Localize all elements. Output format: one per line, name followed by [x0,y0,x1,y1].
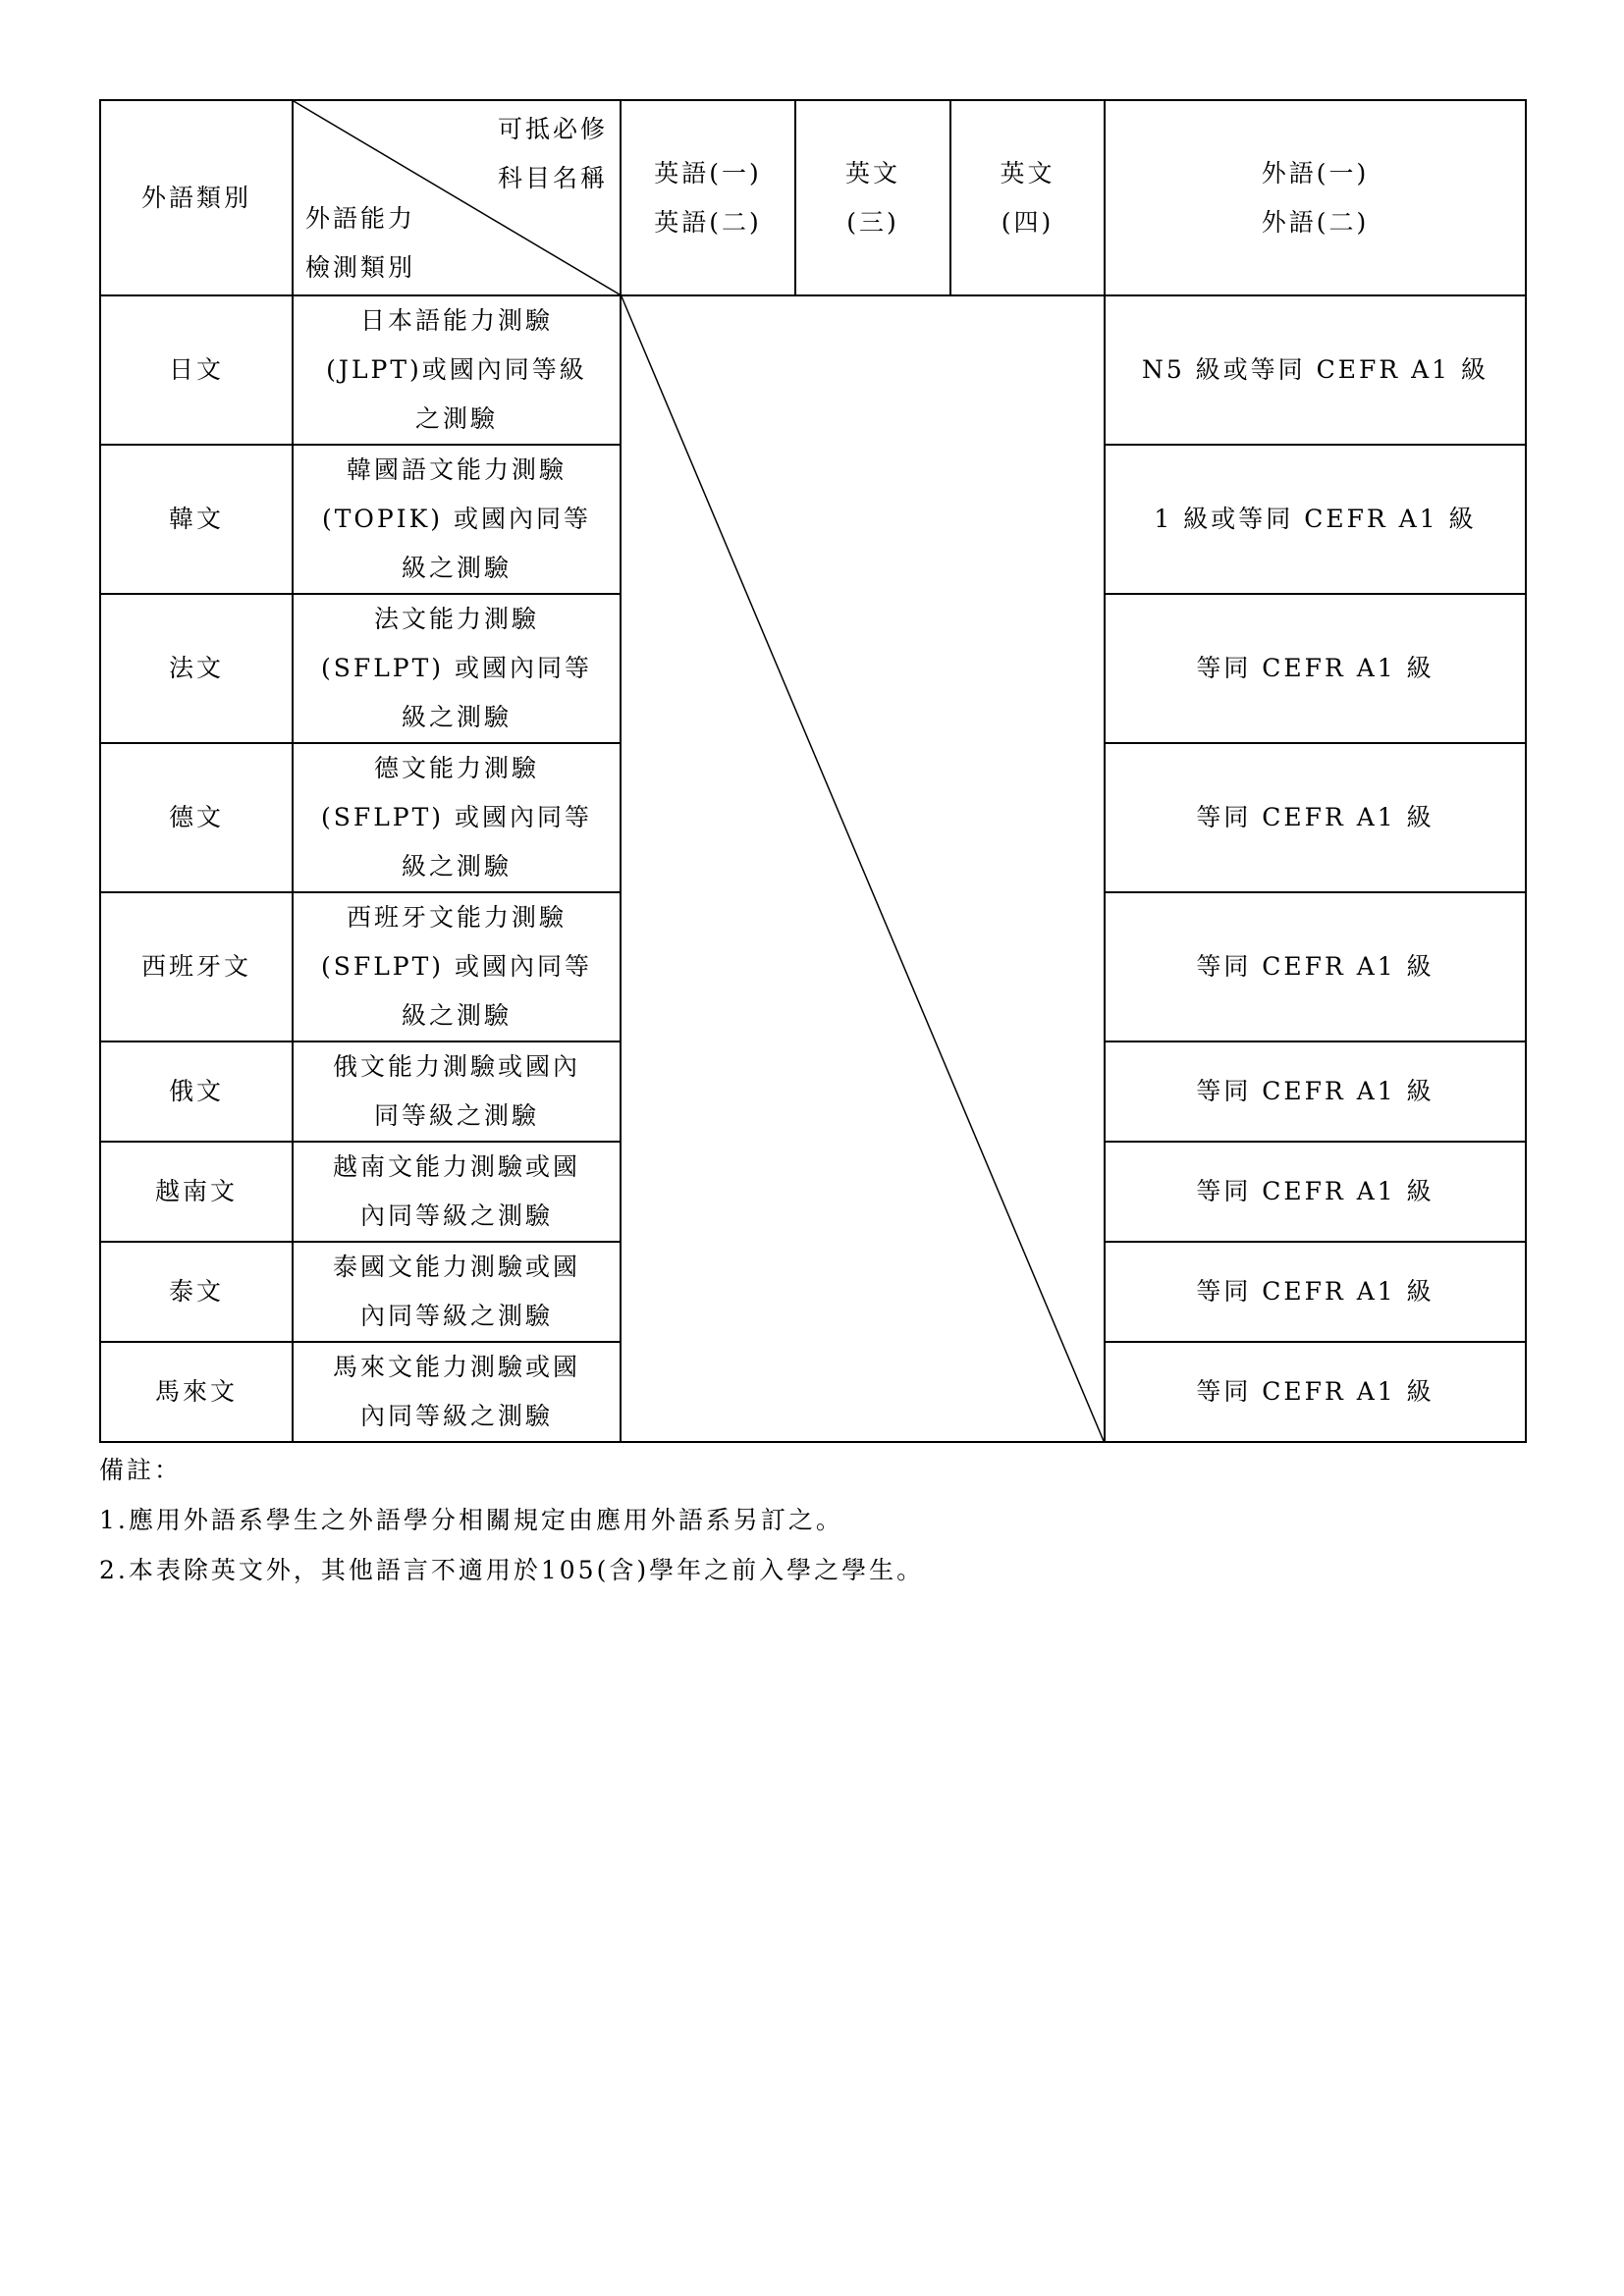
test-cell: 德文能力測驗 (SFLPT) 或國內同等 級之測驗 [293,743,621,892]
header-course-english-3: 英文 (三) [795,100,950,295]
credit-waiver-table: 外語類別 可抵必修 科目名稱 外語能力 檢測類別 英語(一) 英語(二) 英文 … [99,99,1527,1443]
test-line: (SFLPT) 或國內同等 [294,793,620,842]
test-cell: 日本語能力測驗 (JLPT)或國內同等級 之測驗 [293,295,621,445]
language-cell: 法文 [100,594,293,743]
header-course-name-line: 科目名稱 [498,154,608,203]
header-language-type-label: 外語類別 [141,184,251,212]
diagonal-line [622,296,1104,1441]
test-cell: 馬來文能力測驗或國 內同等級之測驗 [293,1342,621,1442]
test-line: 級之測驗 [294,842,620,891]
notes-title: 備註： [99,1445,924,1495]
header-course-english-4: 英文 (四) [950,100,1105,295]
course-line: 外語(一) [1106,149,1525,198]
test-cell: 法文能力測驗 (SFLPT) 或國內同等 級之測驗 [293,594,621,743]
document-page: 外語類別 可抵必修 科目名稱 外語能力 檢測類別 英語(一) 英語(二) 英文 … [0,0,1624,2296]
requirement-cell: N5 級或等同 CEFR A1 級 [1105,295,1526,445]
test-line: (JLPT)或國內同等級 [294,346,620,395]
test-line: 級之測驗 [294,544,620,593]
test-line: 內同等級之測驗 [294,1292,620,1341]
course-line: 英語(二) [622,198,794,247]
language-cell: 俄文 [100,1041,293,1142]
test-line: 內同等級之測驗 [294,1392,620,1441]
language-cell: 德文 [100,743,293,892]
requirement-cell: 等同 CEFR A1 級 [1105,1342,1526,1442]
test-line: 日本語能力測驗 [294,296,620,346]
header-test-type-label: 外語能力 檢測類別 [305,194,415,293]
language-cell: 泰文 [100,1242,293,1342]
test-line: (TOPIK) 或國內同等 [294,495,620,544]
test-line: 內同等級之測驗 [294,1192,620,1241]
requirement-cell: 等同 CEFR A1 級 [1105,1142,1526,1242]
language-cell: 越南文 [100,1142,293,1242]
requirement-cell: 1 級或等同 CEFR A1 級 [1105,445,1526,594]
course-line: 英文 [951,149,1104,198]
test-line: 級之測驗 [294,693,620,742]
test-line: 級之測驗 [294,991,620,1041]
requirement-cell: 等同 CEFR A1 級 [1105,743,1526,892]
test-line: 西班牙文能力測驗 [294,893,620,942]
test-line: 馬來文能力測驗或國 [294,1343,620,1392]
test-cell: 西班牙文能力測驗 (SFLPT) 或國內同等 級之測驗 [293,892,621,1041]
english-not-applicable-merged-cell [621,295,1105,1442]
course-line: 外語(二) [1106,198,1525,247]
test-line: (SFLPT) 或國內同等 [294,644,620,693]
test-line: 泰國文能力測驗或國 [294,1243,620,1292]
test-line: 同等級之測驗 [294,1092,620,1141]
header-course-english-1-2: 英語(一) 英語(二) [621,100,795,295]
header-course-name-line: 可抵必修 [498,105,608,154]
language-cell: 日文 [100,295,293,445]
requirement-cell: 等同 CEFR A1 級 [1105,594,1526,743]
requirement-cell: 等同 CEFR A1 級 [1105,892,1526,1041]
header-diagonal-cell: 可抵必修 科目名稱 外語能力 檢測類別 [293,100,621,295]
test-line: 之測驗 [294,395,620,444]
notes-section: 備註： 1.應用外語系學生之外語學分相關規定由應用外語系另訂之。 2.本表除英文… [99,1445,924,1595]
test-cell: 泰國文能力測驗或國 內同等級之測驗 [293,1242,621,1342]
table-row: 日文 日本語能力測驗 (JLPT)或國內同等級 之測驗 N5 級或等同 CEFR… [100,295,1526,445]
test-cell: 韓國語文能力測驗 (TOPIK) 或國內同等 級之測驗 [293,445,621,594]
header-course-foreign-1-2: 外語(一) 外語(二) [1105,100,1526,295]
language-cell: 西班牙文 [100,892,293,1041]
course-line: (四) [951,198,1104,247]
course-line: 英語(一) [622,149,794,198]
course-line: (三) [796,198,949,247]
test-line: 越南文能力測驗或國 [294,1143,620,1192]
requirement-cell: 等同 CEFR A1 級 [1105,1242,1526,1342]
test-line: 德文能力測驗 [294,744,620,793]
language-cell: 馬來文 [100,1342,293,1442]
note-item: 1.應用外語系學生之外語學分相關規定由應用外語系另訂之。 [99,1495,924,1545]
header-language-type: 外語類別 [100,100,293,295]
note-item: 2.本表除英文外，其他語言不適用於105(含)學年之前入學之學生。 [99,1545,924,1595]
requirement-cell: 等同 CEFR A1 級 [1105,1041,1526,1142]
test-line: 韓國語文能力測驗 [294,446,620,495]
header-test-type-line: 外語能力 [305,194,415,243]
test-cell: 俄文能力測驗或國內 同等級之測驗 [293,1041,621,1142]
header-test-type-line: 檢測類別 [305,243,415,293]
header-row: 外語類別 可抵必修 科目名稱 外語能力 檢測類別 英語(一) 英語(二) 英文 … [100,100,1526,295]
course-line: 英文 [796,149,949,198]
test-cell: 越南文能力測驗或國 內同等級之測驗 [293,1142,621,1242]
test-line: (SFLPT) 或國內同等 [294,942,620,991]
test-line: 俄文能力測驗或國內 [294,1042,620,1092]
language-cell: 韓文 [100,445,293,594]
test-line: 法文能力測驗 [294,595,620,644]
header-course-name-label: 可抵必修 科目名稱 [498,105,608,203]
